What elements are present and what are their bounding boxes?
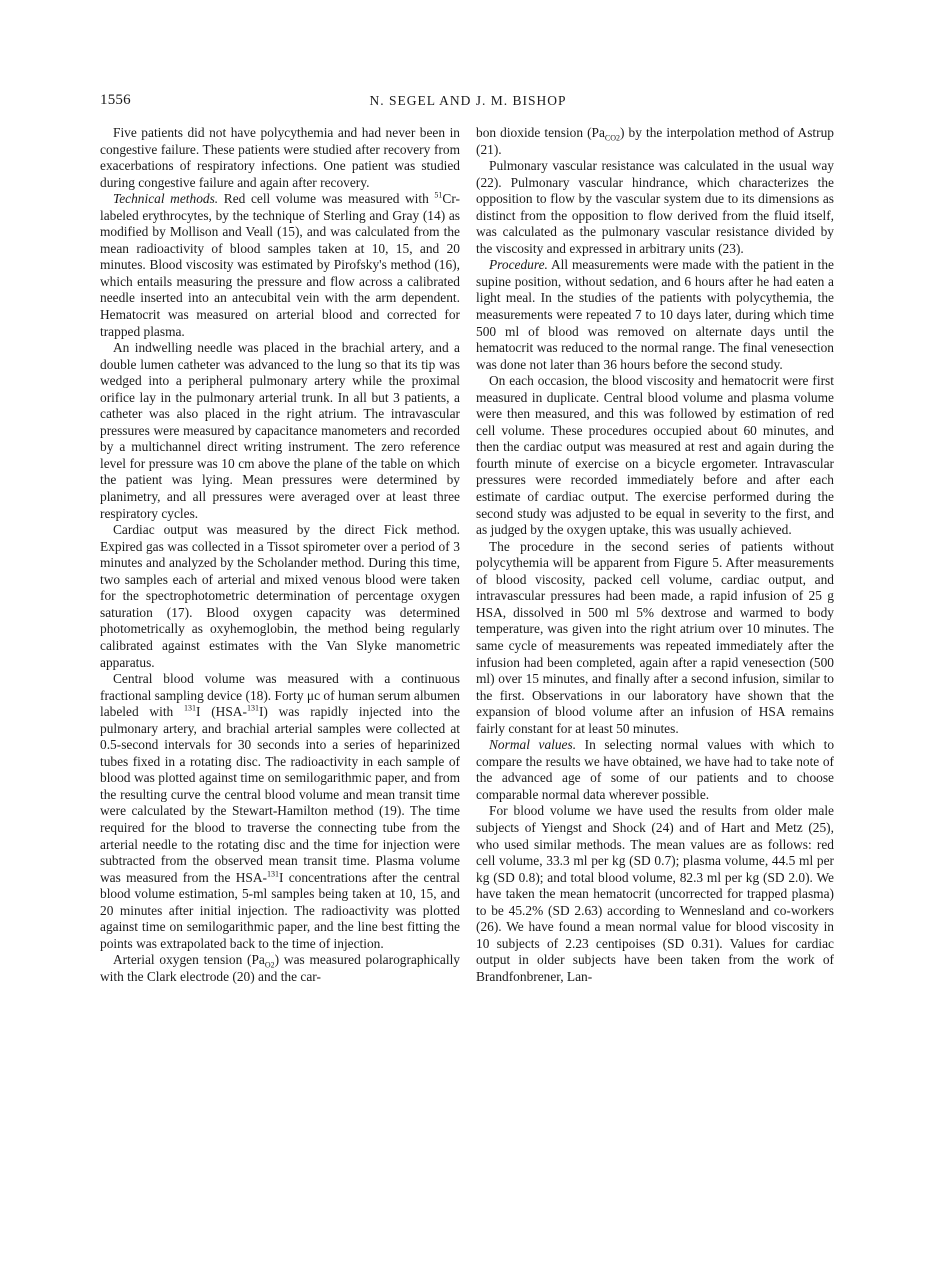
- paragraph-text: Five patients did not have polycythemia …: [100, 125, 460, 190]
- paragraph-procedure: Procedure. All measurements were made wi…: [476, 257, 834, 373]
- paragraph-each-occasion: On each occasion, the blood viscosity an…: [476, 373, 834, 538]
- right-column: bon dioxide tension (PaCO2) by the inter…: [476, 125, 834, 985]
- running-head-authors: N. SEGEL AND J. M. BISHOP: [0, 93, 936, 109]
- paragraph-text: Pulmonary vascular resistance was calcul…: [476, 158, 834, 256]
- subscript-co2: CO2: [605, 134, 620, 143]
- paragraph-text: bon dioxide tension (Pa: [476, 125, 605, 140]
- paragraph-technical-methods: Technical methods. Red cell volume was m…: [100, 191, 460, 340]
- paragraph-text: Arterial oxygen tension (Pa: [113, 952, 265, 967]
- paragraph-cardiac-output: Cardiac output was measured by the direc…: [100, 522, 460, 671]
- section-heading-technical-methods: Technical methods.: [113, 191, 218, 206]
- paragraph-text: Cr-labeled erythrocytes, by the techniqu…: [100, 191, 460, 338]
- paragraph-patients-without-polycythemia: Five patients did not have polycythemia …: [100, 125, 460, 191]
- paragraph-text: On each occasion, the blood viscosity an…: [476, 373, 834, 537]
- paragraph-text: All measurements were made with the pati…: [476, 257, 834, 371]
- paragraph-text: The procedure in the second series of pa…: [476, 539, 834, 736]
- paragraph-text: I) was rapidly injected into the pulmona…: [100, 704, 460, 884]
- section-heading-procedure: Procedure.: [489, 257, 548, 272]
- paragraph-central-blood-volume: Central blood volume was measured with a…: [100, 671, 460, 952]
- paragraph-catheterization: An indwelling needle was placed in the b…: [100, 340, 460, 522]
- paragraph-text: An indwelling needle was placed in the b…: [100, 340, 460, 520]
- paragraph-normal-values: Normal values. In selecting normal value…: [476, 737, 834, 803]
- paragraph-text: For blood volume we have used the result…: [476, 803, 834, 983]
- left-column: Five patients did not have polycythemia …: [100, 125, 460, 985]
- section-heading-normal-values: Normal values.: [489, 737, 576, 752]
- paragraph-co2-tension-continued: bon dioxide tension (PaCO2) by the inter…: [476, 125, 834, 158]
- paragraph-text: Cardiac output was measured by the direc…: [100, 522, 460, 669]
- isotope-superscript: 131: [184, 704, 196, 713]
- isotope-superscript: 131: [247, 704, 259, 713]
- paragraph-text: Red cell volume was measured with: [224, 191, 435, 206]
- paragraph-blood-volume-norms: For blood volume we have used the result…: [476, 803, 834, 985]
- paragraph-second-series: The procedure in the second series of pa…: [476, 539, 834, 738]
- paragraph-arterial-oxygen-tension: Arterial oxygen tension (PaO2) was measu…: [100, 952, 460, 985]
- paragraph-text: I (HSA-: [196, 704, 247, 719]
- isotope-superscript: 131: [267, 869, 279, 878]
- paragraph-pulmonary-vascular-resistance: Pulmonary vascular resistance was calcul…: [476, 158, 834, 257]
